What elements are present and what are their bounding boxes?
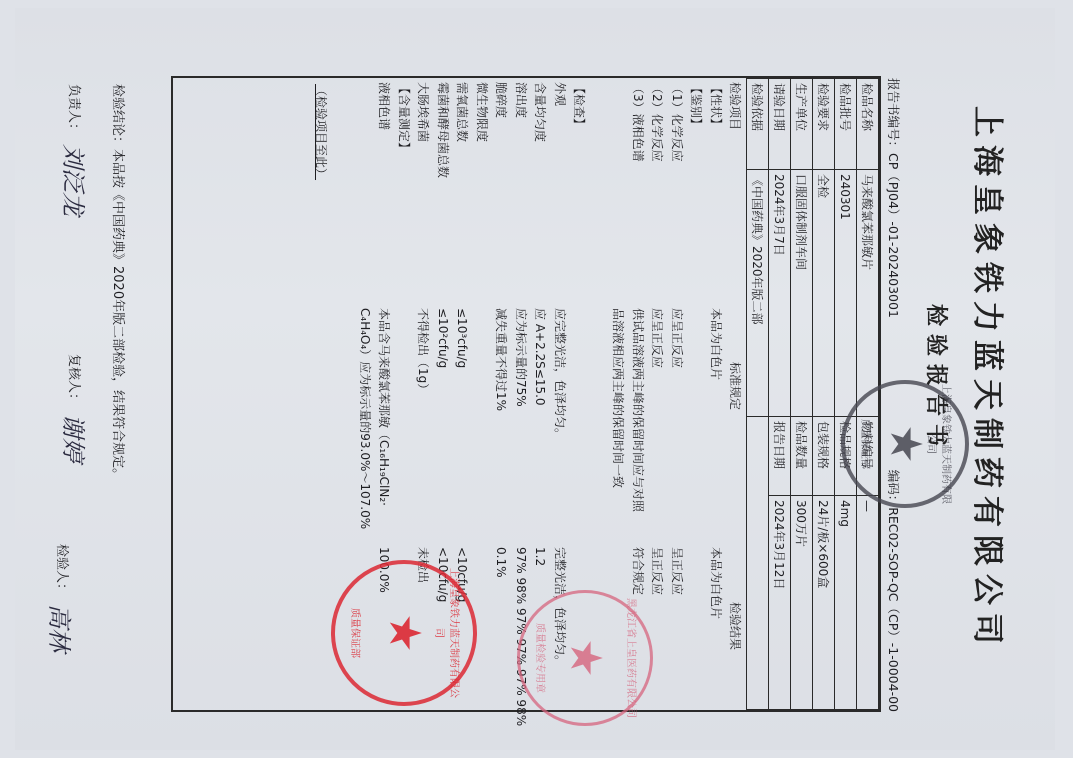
quality-assurance-stamp-red: 上海皇象铁力蓝天制药有限公司 ★ 质量保证部 [331,560,477,706]
header-table-row: 检品批号240301检品规格4mg [835,79,857,710]
item-standard: 本品含马来酸氯苯那敏（C₁₆H₁₉ClN₂· [375,308,394,506]
star-icon: ★ [563,638,607,677]
item-item: 【含量测定】 [394,82,413,154]
item-standard: ≤10²cfu/g [433,308,452,368]
header-cell-value: 《中国药典》2020年版二部 [747,170,769,417]
responsible-signature: 刘泛龙 [58,144,93,216]
inspector-signature: 高林 [44,604,79,652]
item-result: 呈正反应 [648,547,667,595]
item-item: 含量均匀度 [531,82,550,142]
item-standard: 应呈正反应 [648,308,667,368]
items-header-result: 检验结果 [725,602,744,650]
item-item: （3）液相色谱 [628,82,647,162]
items-header-item: 检验项目 [725,82,744,130]
item-standard: 减失重量不得过1% [492,308,511,411]
company-title: 上海皇象铁力蓝天制药有限公司 [968,0,1013,758]
inspection-conclusion: 检验结论：本品按《中国药典》2020年版二部检验，结果符合规定。 [110,84,129,481]
items-header-row: 检验项目 标准规定 检验结果 [725,82,744,706]
report-number: 报告书编号：CP（PJ04）-01-202403001 [885,78,903,318]
header-cell-label: 检验要求 [813,79,835,170]
item-item: 外观 [550,82,569,106]
item-standard: 品溶液相应两主峰的保留时间一致 [609,308,628,488]
inspection-item-row: 溶出度应为标示量的75%97% 98% 97% 97% 97% 98% [511,82,530,706]
header-cell-value2: 300万片 [791,496,813,710]
header-cell-label: 检验依据 [747,79,769,170]
item-standard: 应呈正反应 [667,308,686,368]
header-cell-label: 检品批号 [835,79,857,170]
inspection-stamp-pink: 黑龙江省上皇医药有限公司 ★ 质量检验专用章 [517,590,653,726]
quality-assurance-stamp-gray: 上海皇象铁力蓝天制药有限公司 ★ 质量保证部 [841,380,969,508]
item-result: 0.1% [492,547,511,578]
items-end-note: （检验项目至此） [311,84,330,180]
item-item: 大肠埃希菌 [414,82,433,142]
inspection-item-row: 【鉴别】 [687,82,706,706]
header-cell-label2: 检品数量 [791,417,813,496]
item-item: 脆碎度 [492,82,511,118]
inspection-item-row: 【性状】本品为白色片本品为白色片 [706,82,725,706]
item-item: 需氧菌总数 [453,82,472,142]
header-cell-label2 [747,417,769,496]
header-cell-value2: 4mg [835,496,857,710]
header-cell-value: 口服固体制剂车间 [791,170,813,417]
inspection-item-row: （1）化学反应应呈正反应呈正反应 [667,82,686,706]
item-item: 【鉴别】 [687,82,706,130]
item-standard: 应为标示量的75% [511,308,530,407]
signature-block: 负责人： 刘泛龙 复核人： 谢婷 检验人： 高林 [53,84,93,724]
header-cell-value2: 24片/板×600盒 [813,496,835,710]
header-cell-value2: — [857,496,879,710]
inspection-item-row: 脆碎度减失重量不得过1%0.1% [492,82,511,706]
item-item: 霉菌和酵母菌总数 [433,82,452,178]
header-table-row: 生产单位口服固体制剂车间检品数量300万片 [791,79,813,710]
reviewer-label: 复核人： [66,354,85,406]
item-standard: 本品为白色片 [706,308,725,380]
responsible-label: 负责人： [66,84,85,136]
item-item: 液相色谱 [375,82,394,130]
header-table-row: 请验日期2024年3月7日报告日期2024年3月12日 [769,79,791,710]
header-cell-value: 2024年3月7日 [769,170,791,417]
header-cell-label2: 报告日期 [769,417,791,496]
header-cell-label2: 包装规格 [813,417,835,496]
item-result: 符合规定 [628,547,647,595]
item-item: （1）化学反应 [667,82,686,162]
item-item: 【检查】 [570,82,589,130]
item-standard: 应完整光洁，色泽均匀。 [550,308,569,440]
report-title: 检验报告书 [922,0,953,758]
reviewer-signature: 谢婷 [58,414,93,462]
item-item: 微生物限度 [472,82,491,142]
item-item: 溶出度 [511,82,530,118]
header-cell-value2 [747,496,769,710]
header-table-row: 检验要求全检包装规格24片/板×600盒 [813,79,835,710]
item-result: 本品为白色片 [706,547,725,619]
header-cell-value2: 2024年3月12日 [769,496,791,710]
header-cell-label: 检品名称 [857,79,879,170]
header-cell-label: 请验日期 [769,79,791,170]
item-standard: 供试品溶液两主峰的保留时间应与对照 [628,308,647,512]
header-cell-label: 生产单位 [791,79,813,170]
item-item: 【性状】 [706,82,725,130]
inspection-item-row: （2）化学反应应呈正反应呈正反应 [648,82,667,706]
items-header-standard: 标准规定 [725,362,744,410]
item-result: 1.2 [531,547,550,566]
inspection-item-row: 微生物限度 [472,82,491,706]
report-frame: 检品名称马来酸氯苯那敏片物料编号—检品批号240301检品规格4mg检验要求全检… [171,76,881,712]
item-standard: 不得检出（1g） [414,308,433,395]
item-item: （2）化学反应 [648,82,667,162]
inspection-report-page: 上海皇象铁力蓝天制药有限公司 检验报告书 报告书编号：CP（PJ04）-01-2… [0,0,1073,758]
item-standard: ≤10³cfu/g [453,308,472,368]
header-cell-value: 全检 [813,170,835,417]
item-standard: 应 A+2.2S≤15.0 [531,308,550,406]
header-cell-value: 马来酸氯苯那敏片 [857,170,879,417]
star-icon: ★ [382,613,426,652]
star-icon: ★ [883,424,927,463]
header-cell-value: 240301 [835,170,857,417]
item-result: 呈正反应 [667,547,686,595]
header-table-row: 检验依据《中国药典》2020年版二部 [747,79,769,710]
inspector-label: 检验人： [54,544,73,596]
item-standard: C₄H₄O₄）应为标示量的93.0%～107.0% [355,308,374,529]
